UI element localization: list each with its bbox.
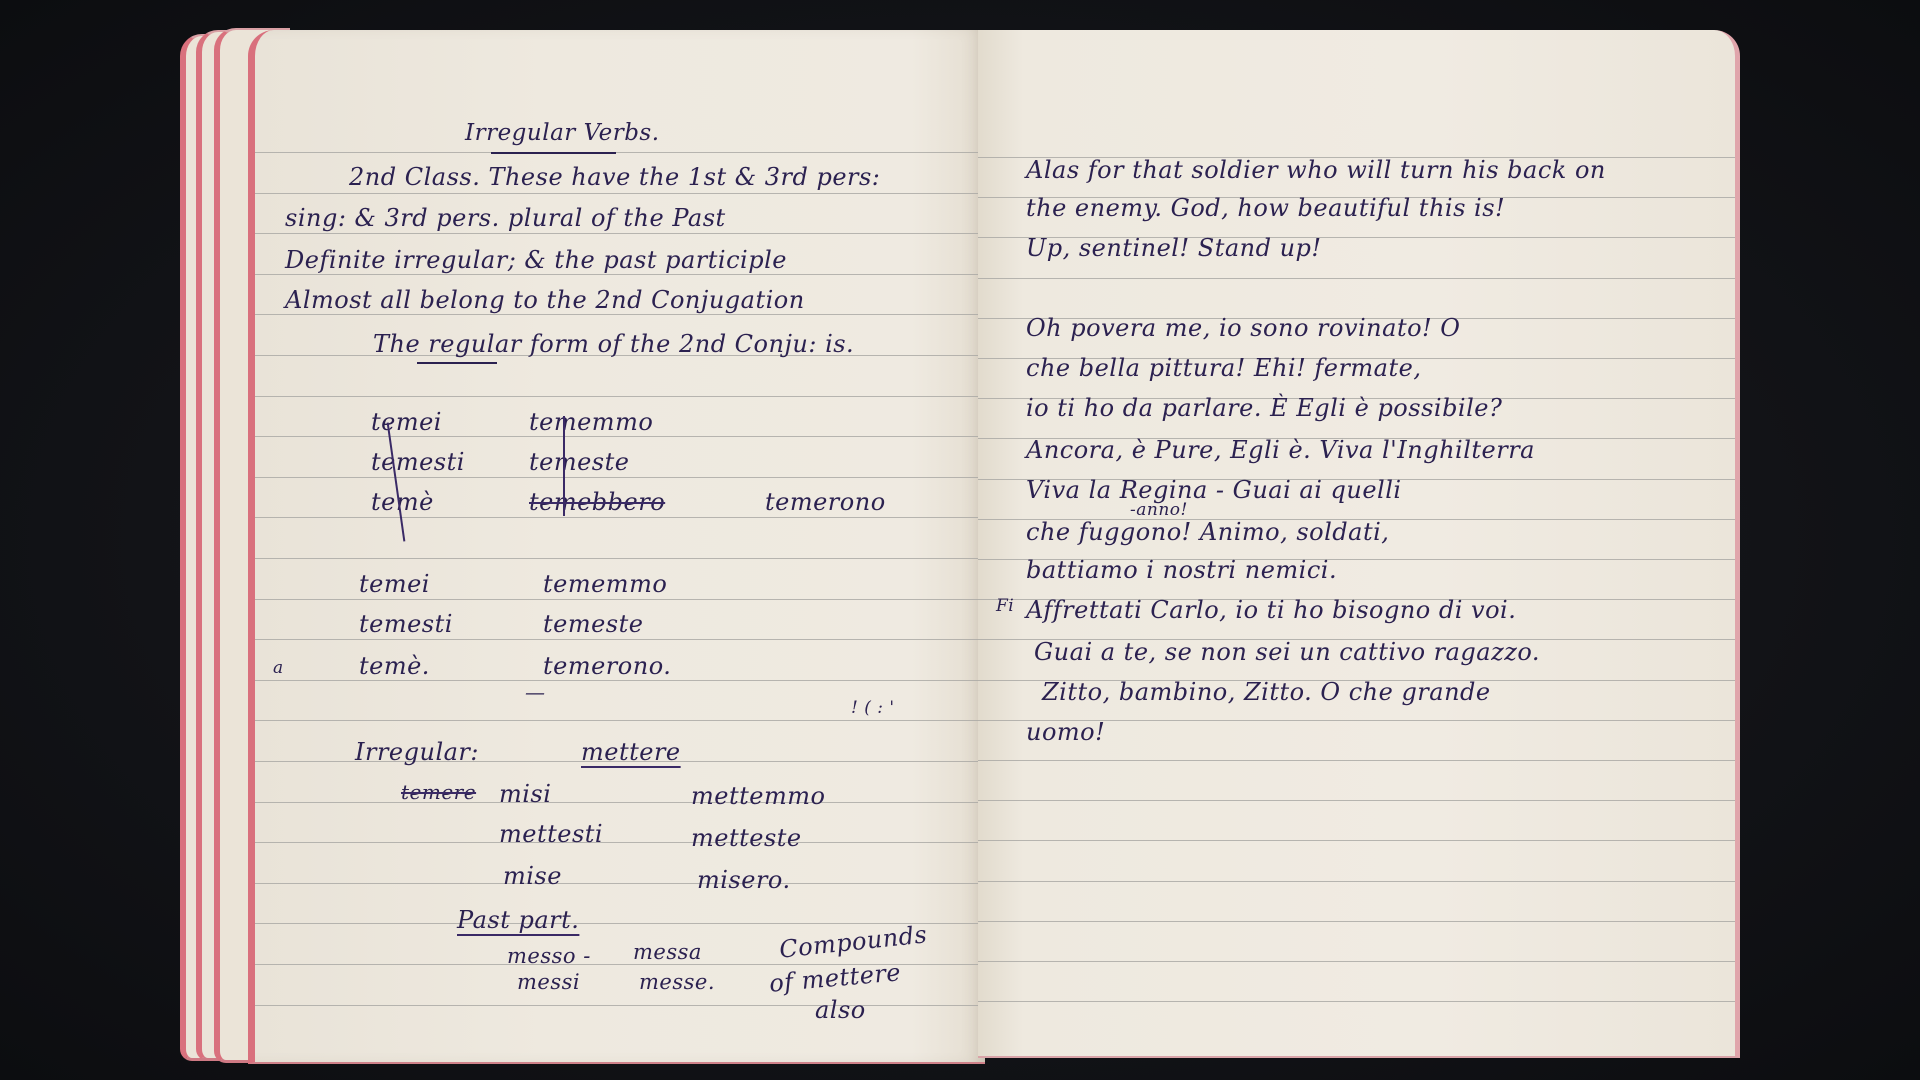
regular-singular: temesti xyxy=(359,612,453,636)
paragraph-line: Definite irregular; & the past participl… xyxy=(285,248,787,272)
text-line: Up, sentinel! Stand up! xyxy=(1026,236,1322,260)
notebook-left-page: Irregular Verbs. 2nd Class. These have t… xyxy=(248,30,985,1064)
regular-singular: temei xyxy=(359,572,430,596)
ruled-line xyxy=(978,840,1735,841)
ruled-line xyxy=(978,278,1735,279)
text-line: battiamo i nostri nemici. xyxy=(1026,558,1337,582)
mettere-singular: mise xyxy=(503,864,562,888)
irregular-label: Irregular: xyxy=(355,740,479,764)
mettere-singular: misi xyxy=(499,782,551,806)
ruled-line xyxy=(255,193,985,194)
crossed-singular: temei xyxy=(371,410,442,434)
paragraph-line: The regular form of the 2nd Conju: is. xyxy=(373,332,854,356)
text-line: Ancora, è Pure, Egli è. Viva l'Inghilter… xyxy=(1026,438,1535,462)
text-line: che fuggono! Animo, soldati, xyxy=(1026,520,1389,544)
crossed-word: temere xyxy=(401,782,476,802)
ruled-line xyxy=(255,558,985,559)
ruled-line xyxy=(255,152,985,153)
cross-out-stroke xyxy=(387,422,406,541)
crossed-plural: temebbero xyxy=(529,490,665,514)
paragraph-line: 2nd Class. These have the 1st & 3rd pers… xyxy=(349,165,880,189)
ruled-line xyxy=(255,314,985,315)
ruled-line xyxy=(978,1001,1735,1002)
crossed-singular: temè xyxy=(371,490,434,514)
ruled-line xyxy=(978,881,1735,882)
text-line: che bella pittura! Ehi! fermate, xyxy=(1026,356,1421,380)
mettere-plural: metteste xyxy=(691,826,802,850)
mettere-plural: mettemmo xyxy=(691,784,825,808)
notebook-right-page: Alas for that soldier who will turn his … xyxy=(978,30,1740,1058)
participle-note: also xyxy=(815,998,866,1022)
text-line: Affrettati Carlo, io ti ho bisogno di vo… xyxy=(1026,598,1516,622)
ruled-line xyxy=(978,961,1735,962)
mettere-plural: misero. xyxy=(697,868,791,892)
regular-plural: temeste xyxy=(543,612,643,636)
ruled-line xyxy=(255,639,985,640)
irregular-verb: mettere xyxy=(581,740,681,764)
margin-mark: Fi xyxy=(996,598,1014,615)
title-underline xyxy=(491,152,616,154)
participle-masc: messi xyxy=(517,972,580,993)
text-line: Oh povera me, io sono rovinato! O xyxy=(1026,316,1460,340)
ruled-line xyxy=(255,923,985,924)
participle-fem: messe. xyxy=(639,972,715,993)
text-line: the enemy. God, how beautiful this is! xyxy=(1026,196,1505,220)
ruled-line xyxy=(255,517,985,518)
ruled-line xyxy=(978,800,1735,801)
participle-masc: messo - xyxy=(507,946,591,967)
regular-underline xyxy=(417,362,497,364)
section-title: Irregular Verbs. xyxy=(465,122,660,145)
ruled-line xyxy=(255,802,985,803)
participle-fem: messa xyxy=(633,942,702,963)
participle-note: Compounds xyxy=(778,922,928,961)
inserted-word: -anno! xyxy=(1130,502,1188,519)
ruled-line xyxy=(255,477,985,478)
ruled-line xyxy=(255,233,985,234)
stray-marks: ! ( : ' xyxy=(851,700,895,717)
ruled-line xyxy=(978,760,1735,761)
ruled-line xyxy=(255,396,985,397)
cross-out-stroke xyxy=(563,416,565,516)
ruled-line xyxy=(255,1005,985,1006)
ruled-line xyxy=(255,842,985,843)
margin-mark: a xyxy=(273,660,284,677)
ruled-line xyxy=(255,436,985,437)
crossed-plural: temeste xyxy=(529,450,629,474)
text-line: io ti ho da parlare. È Egli è possibile? xyxy=(1026,396,1502,420)
text-line: Zitto, bambino, Zitto. O che grande xyxy=(1042,680,1491,704)
separator-dash: — xyxy=(525,682,546,702)
text-line: Alas for that soldier who will turn his … xyxy=(1026,158,1606,182)
regular-plural: temerono. xyxy=(543,654,671,678)
text-line: Guai a te, se non sei un cattivo ragazzo… xyxy=(1034,640,1540,664)
mettere-singular: mettesti xyxy=(499,822,603,846)
title-text: Irregular Verbs. xyxy=(465,120,660,146)
text-line: uomo! xyxy=(1026,720,1105,744)
ruled-line xyxy=(255,599,985,600)
paragraph-line: sing: & 3rd pers. plural of the Past xyxy=(285,206,726,230)
paragraph-text: The regular form of the 2nd Conju: is. xyxy=(373,330,854,358)
past-participle-label: Past part. xyxy=(457,908,579,932)
ruled-line xyxy=(255,720,985,721)
ruled-line xyxy=(255,883,985,884)
ruled-line xyxy=(978,921,1735,922)
crossed-plural: tememmo xyxy=(529,410,653,434)
paragraph-line: Almost all belong to the 2nd Conjugation xyxy=(285,288,805,312)
regular-singular: temè. xyxy=(359,654,430,678)
participle-note: of mettere xyxy=(768,960,902,995)
plural-correction: temerono xyxy=(765,490,886,514)
regular-plural: tememmo xyxy=(543,572,667,596)
text-line: Viva la Regina - Guai ai quelli xyxy=(1026,478,1402,502)
crossed-singular: temesti xyxy=(371,450,465,474)
